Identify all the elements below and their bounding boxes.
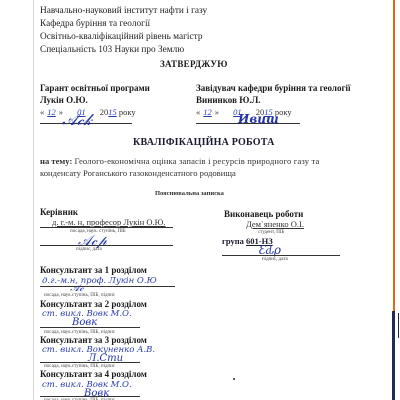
approval-left-name: Лукін О.Ю.	[40, 94, 150, 106]
explanatory-note-title: Пояснювальна записка	[155, 190, 224, 197]
executor-sig-caption: підпис, дата	[262, 257, 288, 262]
supervisor-sig-caption: підпис, дата	[76, 247, 102, 252]
page-edge-navy	[392, 311, 395, 400]
consultant-1-line	[40, 286, 175, 287]
page-left-border	[33, 0, 34, 400]
supervisor-label: Керівник	[40, 207, 78, 217]
executor-caption: студент, ПІБ	[258, 230, 284, 235]
supervisor-line	[40, 227, 173, 228]
approval-left-signature: 𝒜𝒸𝓀	[62, 110, 92, 130]
page-edge-navy-inner	[398, 313, 399, 338]
scan-speck	[233, 378, 235, 380]
header-line-level: Освітньо-кваліфікаційний рівень магістр	[40, 31, 207, 44]
consultant-3-label: Консультант за 3 розділом	[40, 335, 147, 345]
executor-label: Виконавець роботи	[224, 209, 303, 219]
approval-right-role: Завідувач кафедри буріння та геології	[196, 82, 351, 94]
approval-left-year: 15	[108, 107, 117, 117]
header-line-department: Кафедра буріння та геології	[40, 18, 207, 31]
consultant-2-label: Консультант за 2 розділом	[40, 299, 147, 309]
supervisor-signature-line	[40, 245, 173, 246]
approval-right-name: Вининков Ю.Л.	[196, 94, 351, 106]
group-label: група	[222, 236, 244, 246]
approval-right-signature: Ивиш	[238, 112, 279, 126]
approval-left-date: «12» 01 2015 року	[40, 106, 150, 119]
consultant-1-label: Консультант за 1 розділом	[40, 265, 147, 275]
executor-signature-line	[222, 255, 340, 256]
approval-left-role: Гарант освітньої програми	[40, 82, 150, 94]
consultant-1-value: д.г.-м.н, проф. Лукін О.Ю	[42, 276, 157, 286]
consultant-4-line	[40, 396, 140, 397]
approval-left-day: 12	[44, 107, 59, 117]
header-line-specialty: Спеціальність 103 Науки про Землю	[40, 44, 207, 57]
institution-header: Навчально-науковий інститут нафти і газу…	[40, 5, 207, 57]
executor-value: Дем`яненко О.І.	[246, 219, 304, 229]
topic-line-2: конденсату Роганського газоконденсатного…	[40, 167, 320, 179]
supervisor-value: д. г.-м. н, професор Лукін О.Ю.	[52, 217, 166, 227]
work-topic: на тему: Геолого-економічна оцінка запас…	[40, 155, 320, 179]
approval-left: Гарант освітньої програми Лукін О.Ю. «12…	[40, 82, 150, 119]
topic-line-1: Геолого-економічна оцінка запасів і ресу…	[75, 156, 320, 166]
header-line-institute: Навчально-науковий інститут нафти і газу	[40, 5, 207, 18]
consultant-3-line	[40, 362, 140, 363]
topic-label: на тему:	[40, 156, 72, 166]
approval-right-day: 12	[200, 107, 215, 117]
consultant-4-label: Консультант за 4 розділом	[40, 369, 147, 379]
approval-title: ЗАТВЕРДЖУЮ	[160, 59, 228, 69]
page-edge-orange	[393, 0, 395, 311]
consultant-2-line	[40, 327, 140, 328]
work-title: КВАЛІФІКАЦІЙНА РОБОТА	[133, 137, 275, 148]
consultant-1-caption: посада, наук.ступінь, ПІБ, підпис	[44, 293, 115, 298]
